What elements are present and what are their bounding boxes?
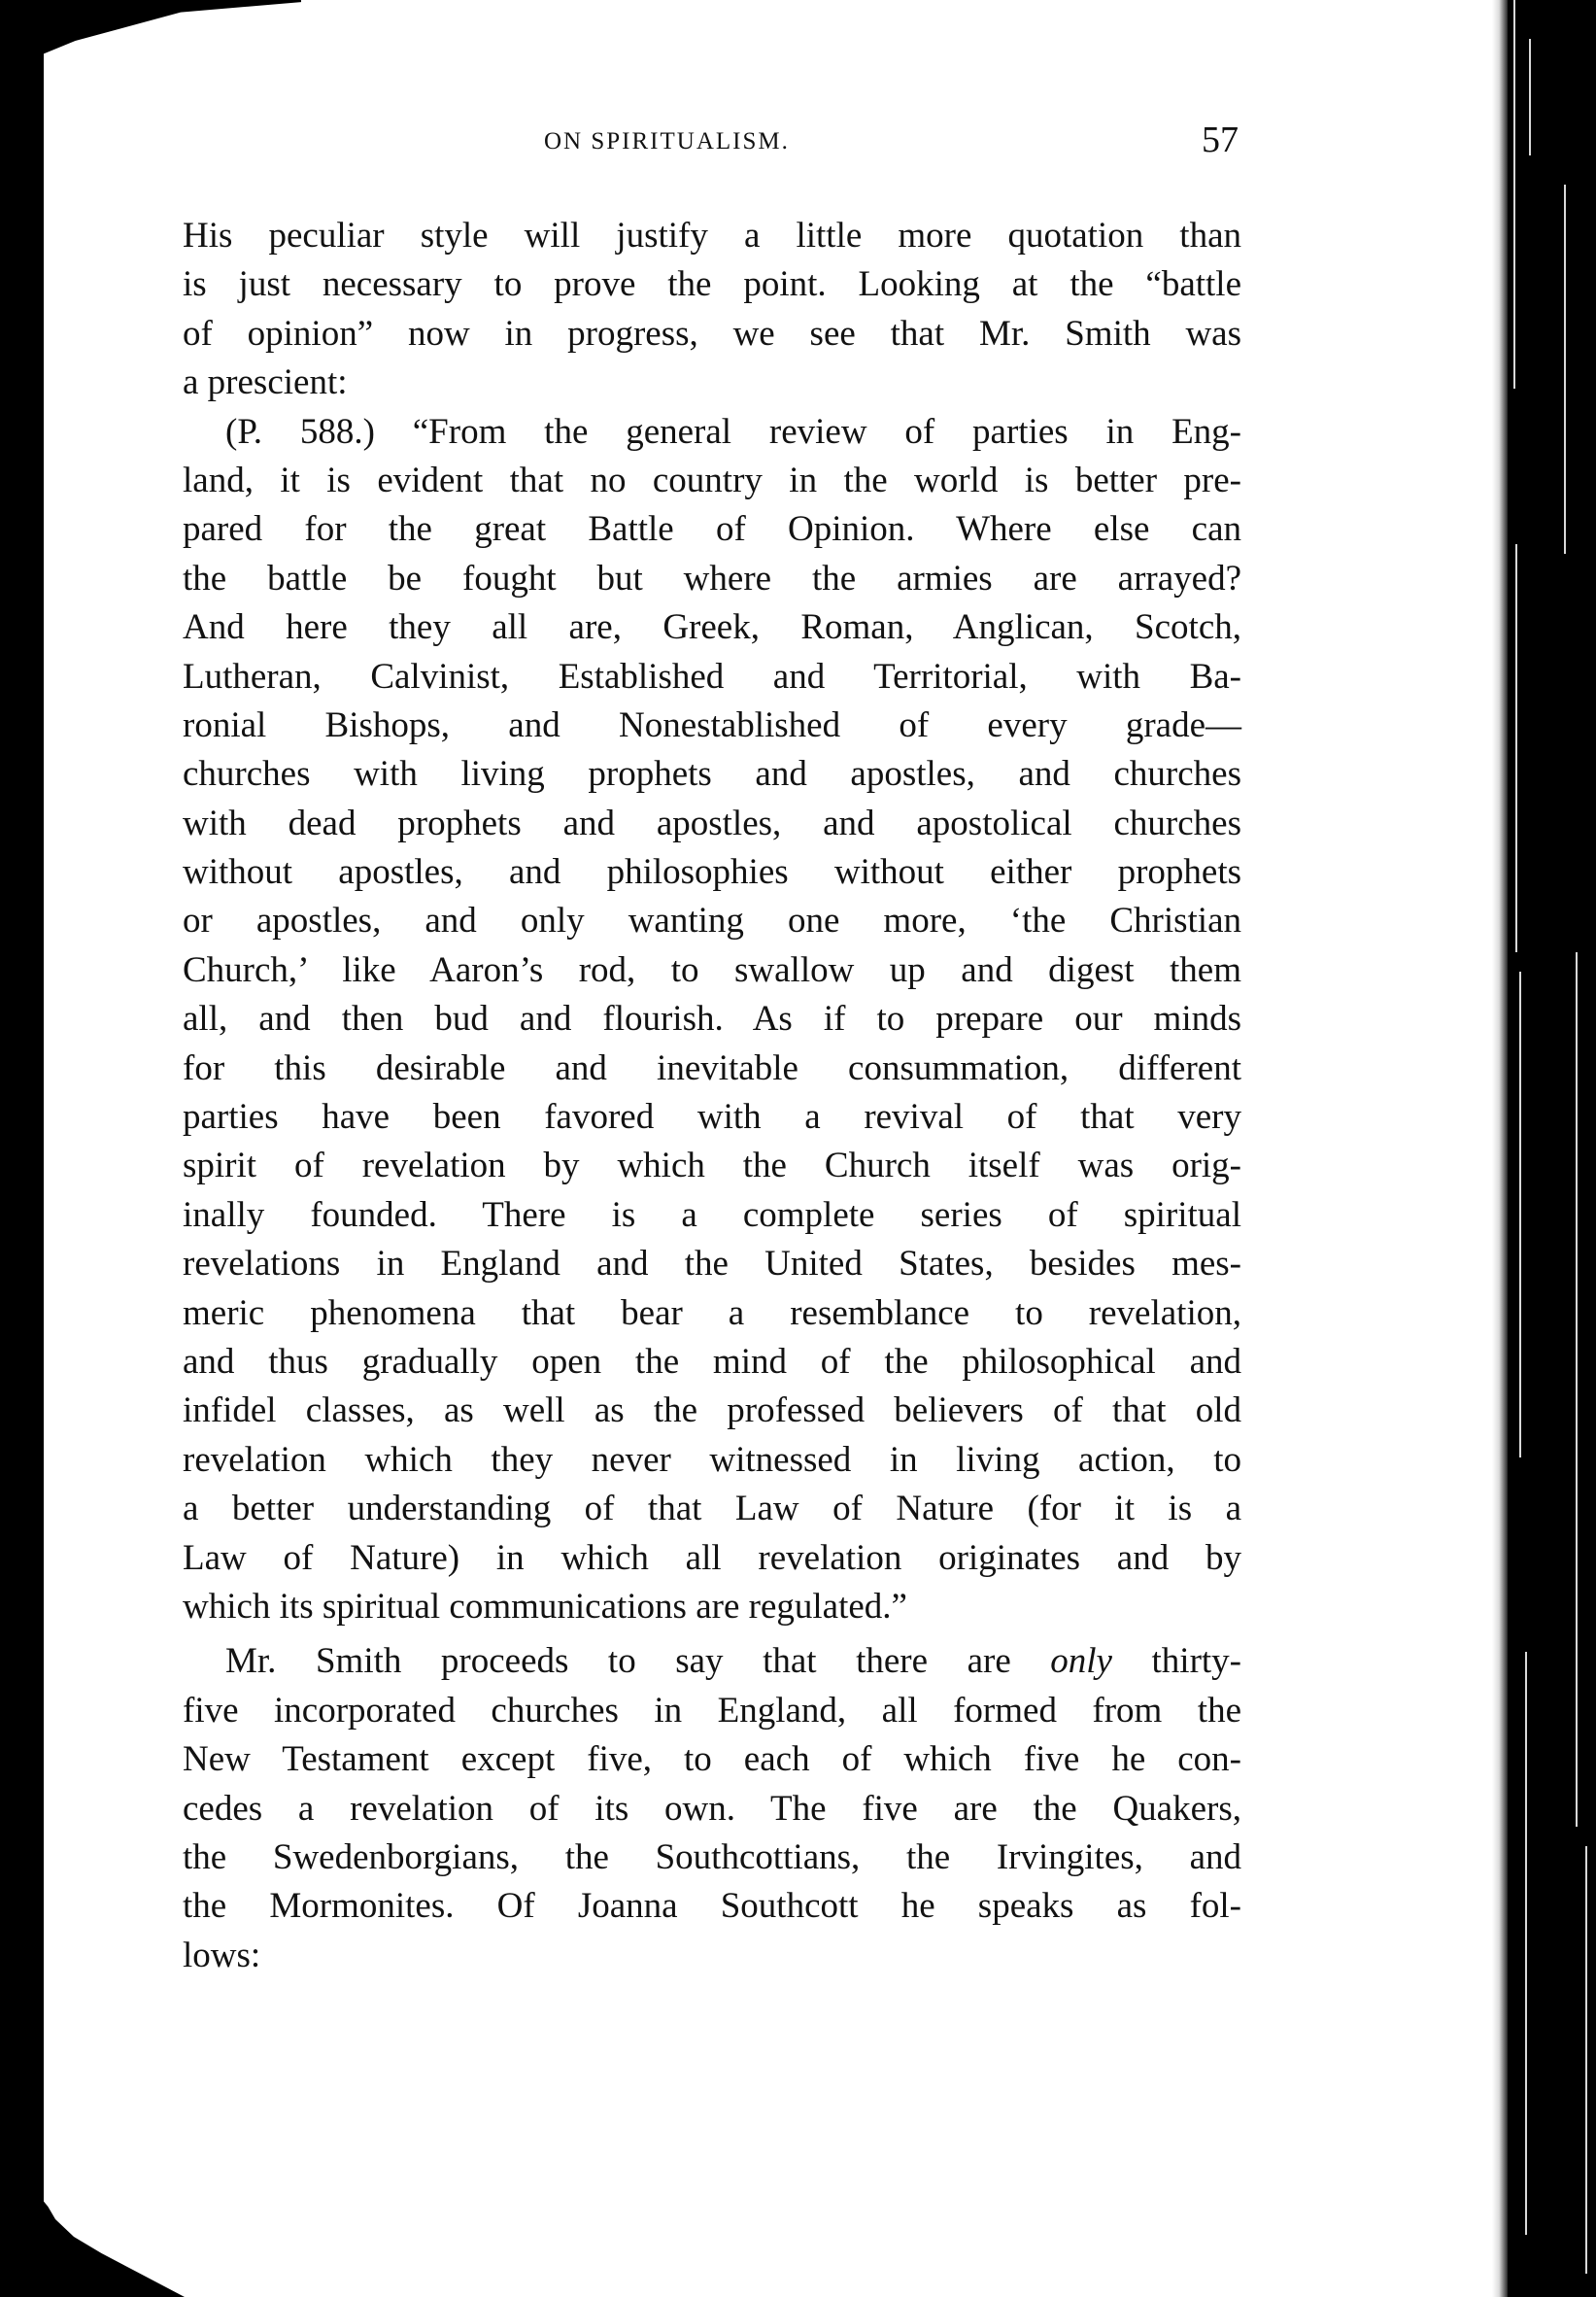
text-line: parties have been favored with a revival… <box>183 1093 1241 1142</box>
text-line: spirit of revelation by which the Church… <box>183 1142 1241 1190</box>
text-line: which its spiritual communications are r… <box>183 1583 1241 1631</box>
text-line: infidel classes, as well as the professe… <box>183 1387 1241 1435</box>
text-line: ronial Bishops, and Nonestablished of ev… <box>183 702 1241 750</box>
text-line: His peculiar style will justify a little… <box>183 212 1241 260</box>
text-line: revelations in England and the United St… <box>183 1240 1241 1288</box>
text-run: Mr. Smith proceeds to say that there are <box>225 1641 1011 1681</box>
text-line: inally founded. There is a complete seri… <box>183 1191 1241 1240</box>
text-line: a better understanding of that Law of Na… <box>183 1485 1241 1533</box>
page-header: ON SPIRITUALISM. 57 <box>180 124 1239 173</box>
text-line: is just necessary to prove the point. Lo… <box>183 260 1241 309</box>
text-line: (P. 588.) “From the general review of pa… <box>183 408 1241 457</box>
text-line: without apostles, and philosophies witho… <box>183 848 1241 897</box>
text-line: meric phenomena that bear a resemblance … <box>183 1289 1241 1338</box>
page-curl-bottom-left <box>0 2200 185 2297</box>
text-line: revelation which they never witnessed in… <box>183 1436 1241 1485</box>
text-run: thirty- <box>1152 1641 1241 1681</box>
text-line: the Swedenborgians, the Southcottians, t… <box>183 1834 1241 1882</box>
text-line: a prescient: <box>183 359 1241 407</box>
text-line: for this desirable and inevitable consum… <box>183 1045 1241 1093</box>
text-line: churches with living prophets and apostl… <box>183 750 1241 799</box>
text-line: Mr. Smith proceeds to say that there are… <box>183 1637 1241 1686</box>
text-line: Law of Nature) in which all revelation o… <box>183 1534 1241 1583</box>
text-line: land, it is evident that no country in t… <box>183 457 1241 505</box>
running-head: ON SPIRITUALISM. <box>544 128 790 155</box>
text-line: or apostles, and only wanting one more, … <box>183 897 1241 945</box>
text-line: with dead prophets and apostles, and apo… <box>183 800 1241 848</box>
paragraph-quotation: (P. 588.) “From the general review of pa… <box>183 408 1241 1632</box>
text-line: of opinion” now in progress, we see that… <box>183 310 1241 359</box>
page-body: His peculiar style will justify a little… <box>183 212 1241 1980</box>
page-curl-top-left <box>0 0 301 68</box>
text-line: New Testament except five, to each of wh… <box>183 1735 1241 1784</box>
text-line: pared for the great Battle of Opinion. W… <box>183 505 1241 554</box>
scan-border-left <box>0 0 44 2297</box>
emphasis-only: only <box>1050 1641 1112 1681</box>
paragraph-smith: Mr. Smith proceeds to say that there are… <box>183 1637 1241 1980</box>
text-line: And here they all are, Greek, Roman, Ang… <box>183 603 1241 652</box>
page-number: 57 <box>1202 119 1239 161</box>
text-line: cedes a revelation of its own. The five … <box>183 1785 1241 1834</box>
paragraph-intro: His peculiar style will justify a little… <box>183 212 1241 408</box>
text-line: the Mormonites. Of Joanna Southcott he s… <box>183 1882 1241 1931</box>
text-line: Lutheran, Calvinist, Established and Ter… <box>183 653 1241 702</box>
text-line: all, and then bud and flourish. As if to… <box>183 995 1241 1044</box>
text-line: five incorporated churches in England, a… <box>183 1687 1241 1735</box>
text-line: Church,’ like Aaron’s rod, to swallow up… <box>183 946 1241 995</box>
text-line: lows: <box>183 1932 1241 1980</box>
text-line: the battle be fought but where the armie… <box>183 555 1241 603</box>
text-line: and thus gradually open the mind of the … <box>183 1338 1241 1387</box>
scanned-book-page: ON SPIRITUALISM. 57 His peculiar style w… <box>0 0 1596 2297</box>
scan-border-right <box>1508 0 1596 2297</box>
